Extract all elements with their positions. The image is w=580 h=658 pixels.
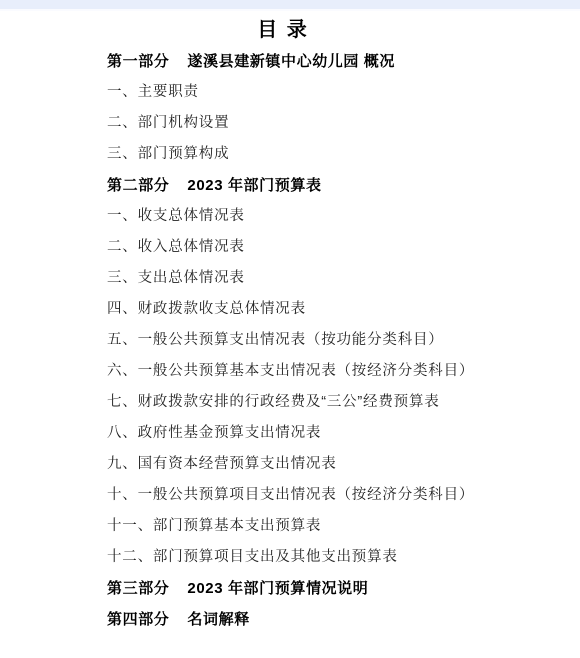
toc-section-label: 第四部分 <box>107 611 169 628</box>
toc-item-entry: 一、收支总体情况表 <box>107 201 580 232</box>
top-band <box>0 0 580 11</box>
toc-item-text: 二、收入总体情况表 <box>107 239 245 255</box>
toc-item-entry: 一、主要职责 <box>107 77 580 108</box>
toc-item-entry: 十、一般公共预算项目支出情况表（按经济分类科目） <box>107 480 580 511</box>
toc-item-entry: 九、国有资本经营预算支出情况表 <box>107 449 580 480</box>
toc-section-label: 第三部分 <box>107 580 169 597</box>
toc-item-text: 九、国有资本经营预算支出情况表 <box>107 456 337 472</box>
toc-item-entry: 十一、部门预算基本支出预算表 <box>107 511 580 542</box>
toc-section-title: 2023 年部门预算情况说明 <box>187 580 368 597</box>
toc-list: 第一部分遂溪县建新镇中心幼儿园 概况一、主要职责二、部门机构设置三、部门预算构成… <box>107 46 580 635</box>
toc-item-entry: 二、部门机构设置 <box>107 108 580 139</box>
toc-item-entry: 六、一般公共预算基本支出情况表（按经济分类科目） <box>107 356 580 387</box>
toc-section-title: 遂溪县建新镇中心幼儿园 概况 <box>187 53 395 70</box>
toc-item-entry: 五、一般公共预算支出情况表（按功能分类科目） <box>107 325 580 356</box>
toc-section-label: 第一部分 <box>107 53 169 70</box>
toc-item-text: 八、政府性基金预算支出情况表 <box>107 425 321 441</box>
toc-item-text: 六、一般公共预算基本支出情况表（按经济分类科目） <box>107 363 474 379</box>
toc-item-text: 五、一般公共预算支出情况表（按功能分类科目） <box>107 332 444 348</box>
toc-item-text: 七、财政拨款安排的行政经费及“三公”经费预算表 <box>107 394 440 410</box>
toc-item-entry: 七、财政拨款安排的行政经费及“三公”经费预算表 <box>107 387 580 418</box>
toc-section-title: 名词解释 <box>187 611 249 628</box>
toc-item-text: 十一、部门预算基本支出预算表 <box>107 518 321 534</box>
page-title: 目 录 <box>107 13 459 42</box>
toc-section-entry: 第三部分2023 年部门预算情况说明 <box>107 573 580 604</box>
toc-section-label: 第二部分 <box>107 177 169 194</box>
toc-item-entry: 二、收入总体情况表 <box>107 232 580 263</box>
toc-item-entry: 三、支出总体情况表 <box>107 263 580 294</box>
toc-item-entry: 八、政府性基金预算支出情况表 <box>107 418 580 449</box>
toc-item-text: 十、一般公共预算项目支出情况表（按经济分类科目） <box>107 487 474 503</box>
toc-item-text: 三、支出总体情况表 <box>107 270 245 286</box>
toc-item-text: 一、主要职责 <box>107 84 199 100</box>
toc-item-text: 四、财政拨款收支总体情况表 <box>107 301 306 317</box>
toc-section-entry: 第二部分2023 年部门预算表 <box>107 170 580 201</box>
toc-section-title: 2023 年部门预算表 <box>187 177 321 194</box>
toc-item-text: 一、收支总体情况表 <box>107 208 245 224</box>
toc-section-entry: 第四部分名词解释 <box>107 604 580 635</box>
toc-item-entry: 十二、部门预算项目支出及其他支出预算表 <box>107 542 580 573</box>
toc-item-entry: 三、部门预算构成 <box>107 139 580 170</box>
toc-item-text: 三、部门预算构成 <box>107 146 229 162</box>
toc-section-entry: 第一部分遂溪县建新镇中心幼儿园 概况 <box>107 46 580 77</box>
toc-item-text: 二、部门机构设置 <box>107 115 229 131</box>
toc-item-entry: 四、财政拨款收支总体情况表 <box>107 294 580 325</box>
toc-item-text: 十二、部门预算项目支出及其他支出预算表 <box>107 549 398 565</box>
document-page: 目 录 第一部分遂溪县建新镇中心幼儿园 概况一、主要职责二、部门机构设置三、部门… <box>0 0 580 658</box>
